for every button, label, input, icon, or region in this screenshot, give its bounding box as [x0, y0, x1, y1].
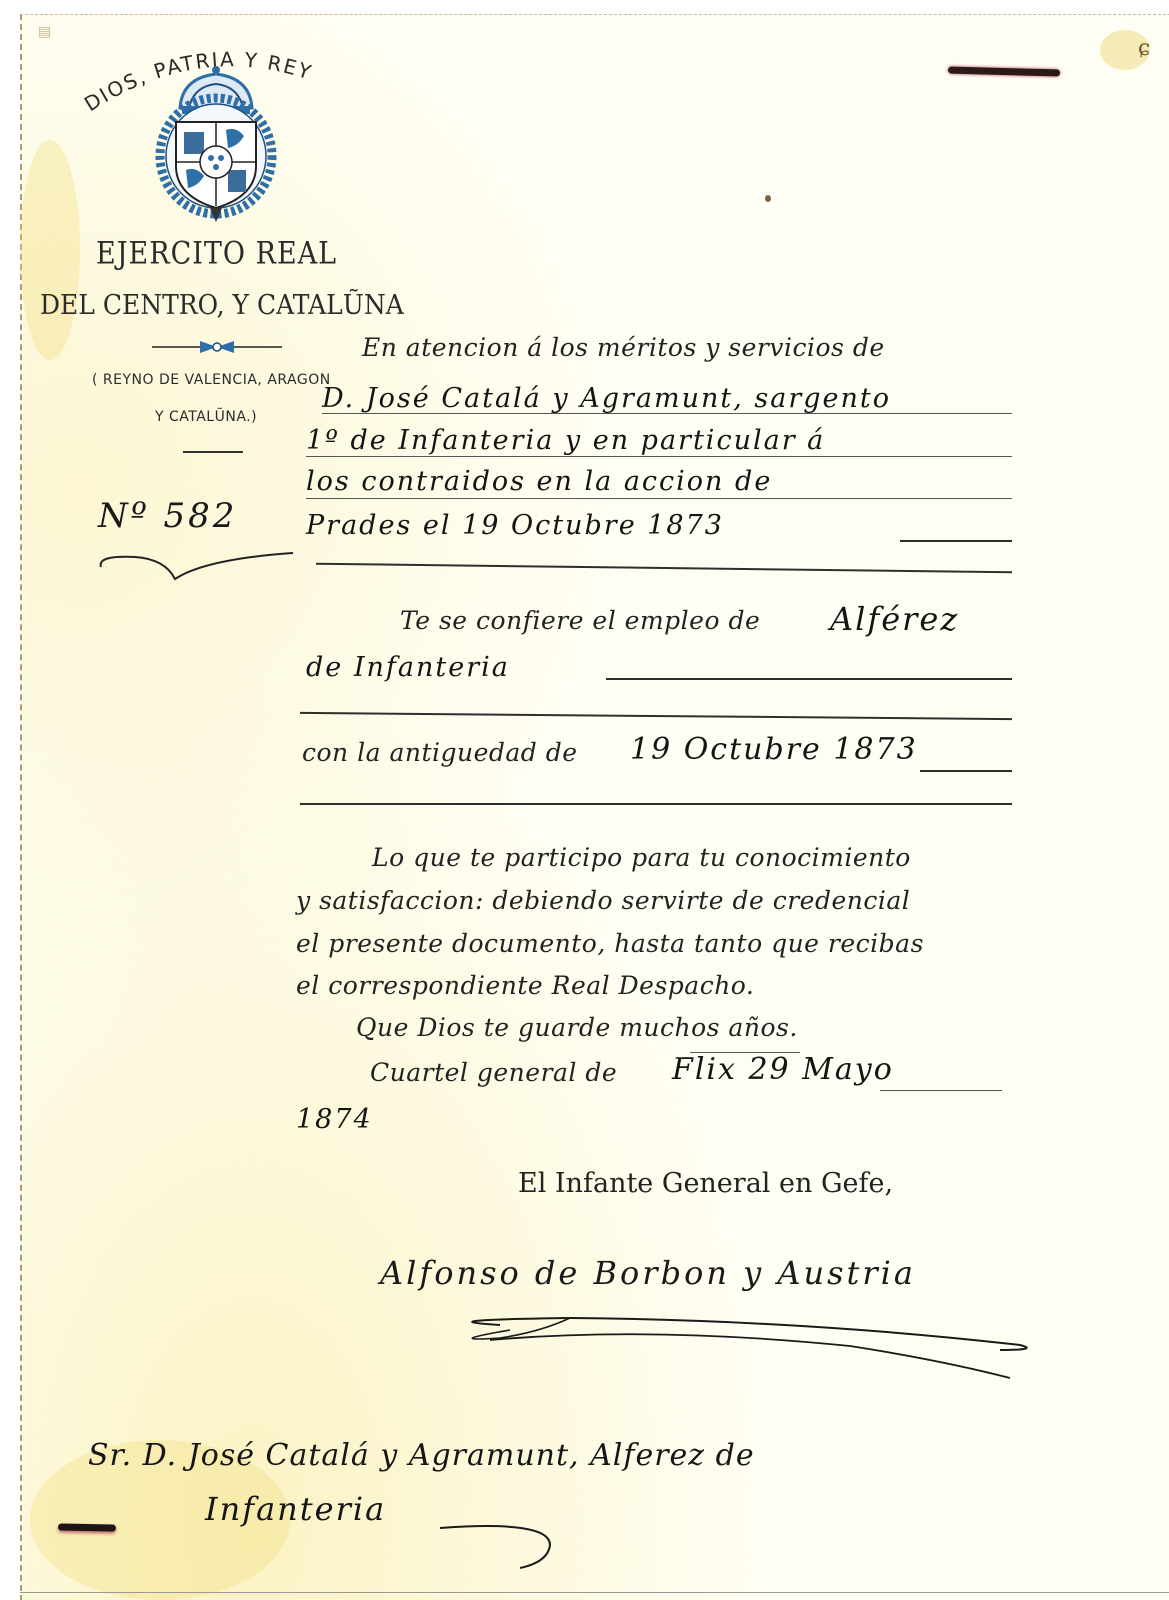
addressee-line-1: Sr. D. José Catalá y Agramunt, Alferez d…	[88, 1438, 755, 1473]
writing-rule	[306, 456, 1012, 457]
seniority-line-printed: con la antiguedad de	[302, 738, 578, 767]
header-subtitle: DEL CENTRO, Y CATALŨNA	[40, 289, 404, 321]
rank-branch-handwritten: de Infanteria	[306, 652, 510, 683]
corner-mark-icon: ɕ	[1138, 36, 1150, 61]
writing-rule	[880, 1090, 1002, 1091]
paper-stain	[20, 140, 80, 360]
ink-speck	[765, 195, 771, 202]
writing-rule	[606, 678, 1012, 680]
confer-line-printed: Te se confiere el empleo de	[400, 606, 760, 635]
closing-line-3: el presente documento, hasta tanto que r…	[296, 929, 924, 958]
closing-line-4: el correspondiente Real Despacho.	[296, 971, 754, 1000]
year-handwritten: 1874	[296, 1104, 373, 1135]
signature-text: Alfonso de Borbon y Austria	[380, 1254, 916, 1292]
recipient-name-handwritten: D. José Catalá y Agramunt, sargento	[322, 383, 891, 414]
flourish-icon	[440, 1500, 580, 1570]
merits-line-printed: En atencion á los méritos y servicios de	[362, 333, 885, 362]
writing-rule	[920, 770, 1012, 772]
signatory-title: El Infante General en Gefe,	[518, 1168, 893, 1199]
page-bottom-edge	[20, 1592, 1169, 1593]
corner-mark-icon: ▤	[38, 24, 51, 40]
rank-conferred-handwritten: Alférez	[830, 600, 959, 638]
royal-coat-of-arms-icon	[150, 56, 282, 226]
flourish-icon	[95, 545, 295, 585]
seniority-date-handwritten: 19 Octubre 1873	[630, 732, 918, 767]
rank-handwritten: 1º de Infanteria y en particular á	[306, 425, 825, 456]
headquarters-line-printed: Cuartel general de	[370, 1058, 617, 1087]
ornament-divider-icon	[152, 338, 282, 356]
header-region-line2: Y CATALŨNA.)	[155, 409, 257, 425]
scan-left-margin	[0, 0, 20, 1600]
scan-top-margin	[0, 0, 1169, 14]
writing-rule	[900, 540, 1012, 542]
header-title: EJERCITO REAL	[96, 236, 337, 272]
place-date-handwritten: Flix 29 Mayo	[672, 1052, 894, 1087]
writing-rule	[322, 413, 1012, 414]
writing-rule	[306, 498, 1012, 499]
action-date-handwritten: Prades el 19 Octubre 1873	[306, 510, 724, 541]
header-region-line1: ( REYNO DE VALENCIA, ARAGON	[92, 372, 331, 388]
action-handwritten: los contraidos en la accion de	[306, 466, 772, 497]
closing-line-1: Lo que te participo para tu conocimiento	[372, 843, 911, 872]
document-number: Nº 582	[98, 496, 237, 536]
signature: Alfonso de Borbon y Austria	[380, 1250, 1080, 1380]
ink-blot	[58, 1523, 116, 1531]
header-rule	[183, 451, 243, 453]
addressee-line-2: Infanteria	[205, 1490, 386, 1528]
blessing-line: Que Dios te guarde muchos años.	[356, 1013, 798, 1042]
writing-rule	[300, 803, 1012, 805]
closing-line-2: y satisfaccion: debiendo servirte de cre…	[296, 886, 910, 915]
